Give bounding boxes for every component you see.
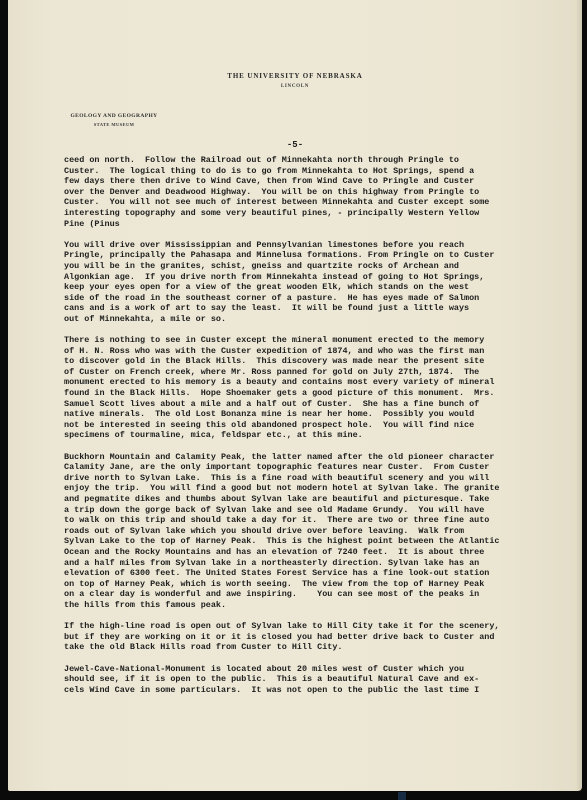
text-line: interesting topography and some very bea…: [64, 208, 564, 219]
text-line: and a half miles from Sylvan lake in a n…: [64, 558, 564, 569]
text-line: a trip down the gorge back of Sylvan lak…: [64, 505, 564, 516]
text-line: cans and is a work of art to say the lea…: [64, 303, 564, 314]
letterhead-city: LINCOLN: [8, 84, 582, 89]
text-line: but if they are working on it or it is c…: [64, 632, 564, 643]
paragraph: Buckhorn Mountain and Calamity Peak, the…: [64, 452, 564, 611]
text-line: out of Minnekahta, a mile or so.: [64, 314, 564, 325]
text-line: native minerals. The old Lost Bonanza mi…: [64, 409, 564, 420]
paragraph: If the high-line road is open out of Syl…: [64, 621, 564, 653]
text-line: take the old Black Hills road from Custe…: [64, 642, 564, 653]
text-line: specimens of tourmaline, mica, feldspar …: [64, 430, 564, 441]
document-page: THE UNIVERSITY OF NEBRASKA LINCOLN GEOLO…: [8, 0, 582, 791]
paragraph: You will drive over Mississippian and Pe…: [64, 240, 564, 325]
paragraph: ceed on north. Follow the Railroad out o…: [64, 155, 564, 229]
paragraph: There is nothing to see in Custer except…: [64, 335, 564, 441]
text-line: of H. N. Ross who was with the Custer ex…: [64, 346, 564, 357]
text-line: found in the Black Hills. Hope Shoemaker…: [64, 388, 564, 399]
text-line: the hills from this famous peak.: [64, 600, 564, 611]
text-line: should see, if it is open to the public.…: [64, 674, 564, 685]
typed-body-text: ceed on north. Follow the Railroad out o…: [64, 155, 564, 706]
text-line: Samuel Scott lives about a mile and a ha…: [64, 399, 564, 410]
text-line: Calamity Jane, are the only important to…: [64, 462, 564, 473]
text-line: monument erected to his memory is a beau…: [64, 377, 564, 388]
text-line: elevation of 6300 feet. The United State…: [64, 568, 564, 579]
text-line: on top of Harney Peak, which is worth se…: [64, 579, 564, 590]
text-line: enjoy the trip. You will find a good but…: [64, 483, 564, 494]
text-line: not be interested in seeing this old aba…: [64, 420, 564, 431]
text-line: Pringle, principally the Pahasapa and Mi…: [64, 250, 564, 261]
text-line: There is nothing to see in Custer except…: [64, 335, 564, 346]
letterhead-sub-department: STATE MUSEUM: [66, 122, 162, 127]
text-line: Buckhorn Mountain and Calamity Peak, the…: [64, 452, 564, 463]
text-line: of Custer on French creek, where Mr. Ros…: [64, 367, 564, 378]
letterhead-department: GEOLOGY AND GEOGRAPHY: [66, 113, 162, 119]
text-line: Sylvan Lake to the top of Harney Peak. T…: [64, 536, 564, 547]
scan-artifact: [398, 792, 406, 800]
text-line: drive north to Sylvan Lake. This is a fi…: [64, 473, 564, 484]
letterhead-institution: THE UNIVERSITY OF NEBRASKA: [8, 72, 582, 80]
text-line: to walk on this trip and should take a d…: [64, 515, 564, 526]
text-line: few days there then drive to Wind Cave, …: [64, 176, 564, 187]
text-line: Algonkian age. If you drive north from M…: [64, 272, 564, 283]
text-line: you will be in the granites, schist, gne…: [64, 261, 564, 272]
text-line: over the Denver and Deadwood Highway. Yo…: [64, 187, 564, 198]
text-line: Custer. You will not see much of interes…: [64, 197, 564, 208]
page-number: -5-: [8, 140, 582, 150]
text-line: Custer. The logical thing to do is to go…: [64, 166, 564, 177]
text-line: Pine (Pinus: [64, 219, 564, 230]
text-line: ceed on north. Follow the Railroad out o…: [64, 155, 564, 166]
paragraph: Jewel-Cave-National-Monument is located …: [64, 664, 564, 696]
text-line: keep your eyes open for a view of the gr…: [64, 282, 564, 293]
text-line: roads out of Sylvan lake which you shoul…: [64, 526, 564, 537]
text-line: on a clear day is wonderful and awe insp…: [64, 589, 564, 600]
text-line: You will drive over Mississippian and Pe…: [64, 240, 564, 251]
text-line: Jewel-Cave-National-Monument is located …: [64, 664, 564, 675]
text-line: Ocean and the Rocky Mountains and has an…: [64, 547, 564, 558]
text-line: and pegmatite dikes and thumbs about Syl…: [64, 494, 564, 505]
text-line: to discover gold in the Black Hills. Thi…: [64, 356, 564, 367]
text-line: If the high-line road is open out of Syl…: [64, 621, 564, 632]
text-line: side of the road in the southeast corner…: [64, 293, 564, 304]
text-line: cels Wind Cave in some particulars. It w…: [64, 685, 564, 696]
